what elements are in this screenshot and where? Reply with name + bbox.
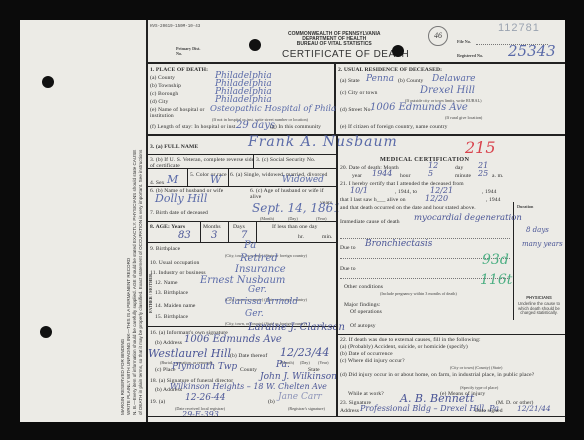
other-conditions-label: Other conditions: [344, 284, 383, 290]
industry-label: 11. Industry or business: [150, 270, 206, 276]
other-conditions-note: (Include pregnancy within 3 months of de…: [380, 291, 457, 296]
divider-color: [228, 169, 229, 186]
father-birthplace: Ger.: [248, 285, 267, 295]
binding-hole-header-left: [249, 39, 261, 51]
external-d-note: (Specify type of place): [460, 385, 498, 390]
spouse-name: Dolly Hill: [155, 192, 207, 205]
death-hour: 5: [428, 169, 433, 178]
registered-no-label: Registered No.: [457, 53, 483, 58]
primary-dist-label: Primary Dist. No.: [176, 46, 206, 56]
ssn-label: 3. (c) Social Security No.: [256, 157, 326, 163]
due-to-label-2: Due to: [340, 266, 356, 272]
rule-birth: [146, 221, 337, 222]
informant-signature: Laraine J. Clarkson: [248, 322, 345, 333]
external-b-label: (b) Date of occurrence: [340, 351, 393, 357]
immediate-cause-line1: myocardial degeneration: [414, 213, 522, 223]
funeral-address: Wilkinson Heights – 18 W. Chelten Ave: [170, 382, 327, 391]
marital-status: Widowed: [282, 175, 324, 185]
death-minute: 25: [478, 169, 488, 178]
physician-address-label: Address: [340, 408, 359, 414]
registrar-signature: Jane Carr: [278, 392, 322, 402]
mother-birthplace-label: 15. Birthplace: [155, 314, 188, 320]
burial-date-col-year: (Year): [318, 360, 329, 365]
registered-no: 25343: [508, 42, 556, 60]
divider-months: [228, 222, 229, 242]
death-hour-label: hour: [400, 173, 411, 179]
agency-block: COMMONWEALTH OF PENNSYLVANIA DEPARTMENT …: [288, 32, 381, 47]
age-years: 83: [178, 230, 191, 241]
last-saw-label: that I last saw h___ alive on: [340, 197, 406, 203]
burial-county-label: County: [240, 367, 257, 373]
rule-external: [336, 334, 565, 335]
duration-label: Duration: [517, 204, 533, 209]
informant-address-label: (b) Address: [155, 340, 182, 346]
registrar-signature-note: (Registrar's signature): [288, 406, 325, 411]
autopsy-label: Of autopsy: [350, 323, 376, 329]
mother-birthplace: Ger.: [245, 309, 264, 319]
margin-instructions: MARGIN RESERVED FOR BINDING WRITE PLAINL…: [120, 150, 144, 415]
burial-place: Westlaurel Hill: [148, 347, 231, 360]
burial-state: Pa.: [276, 360, 290, 370]
divider-1-2: [334, 62, 336, 134]
death-day-label: day: [455, 165, 463, 171]
external-d-label: (d) Did injury occur in or about home, o…: [340, 372, 540, 378]
industry: Insurance: [235, 264, 286, 275]
form-code: HVS-20619-150M-10-43: [150, 25, 200, 29]
divider-main: [336, 136, 338, 416]
res-street-note: (If rural give location): [445, 115, 482, 120]
death-year: 1944: [372, 169, 392, 178]
birthplace-label: 9. Birthplace: [150, 246, 180, 252]
certify-statement: and that death occurred on the date and …: [340, 205, 510, 211]
burial-place-township: Plymouth Twp: [172, 362, 237, 372]
burial-date-col-day: (Day): [300, 360, 310, 365]
father-name-label: 12. Name: [155, 280, 178, 286]
rule-sex: [146, 186, 337, 187]
major-findings-label: Major findings:: [344, 302, 380, 308]
attended-from: 10/1: [350, 186, 368, 195]
registrar-signature-label: (b): [268, 399, 275, 405]
res-city-label: (c) City or town: [340, 90, 378, 96]
min-label: min.: [322, 234, 333, 240]
color-race: W: [210, 173, 221, 186]
date-received: 12-26-44: [185, 393, 225, 403]
residence-heading: 2. USUAL RESIDENCE OF DECEASED:: [338, 67, 442, 73]
physicians-note-text: Underline the cause to which death shoul…: [516, 302, 562, 316]
form-bottom-rule: [146, 416, 565, 417]
date-signed: 12/21/44: [517, 404, 551, 413]
parents-side-label: FATHER / MOTHER: [148, 274, 153, 313]
mother-maiden-name: Clarissa Armold: [225, 297, 298, 307]
file-no-label: File No.: [457, 39, 471, 44]
res-county: Delaware: [432, 74, 475, 84]
date-signed-label: Date signed: [475, 408, 503, 414]
birth-date-label: 7. Birth date of deceased: [150, 210, 208, 216]
red-number: 215: [465, 138, 496, 157]
attended-to-year: , 1944: [482, 189, 497, 195]
death-ampm: a. m.: [492, 173, 504, 179]
external-a-label: (a) (Probably) Accident, suicide, or hom…: [340, 344, 468, 350]
binding-hole-header-right: [392, 45, 404, 57]
hospital-label: (e) Name of hospital or institution: [150, 107, 210, 119]
burial-date-label: (b) Date thereof: [230, 353, 267, 359]
occupation-label: 10. Usual occupation: [150, 260, 199, 266]
township-label: (b) Township: [150, 83, 181, 89]
physicians-note-title: PHYSICIANS: [516, 295, 562, 300]
foreign-country-label: (e) If citizen of foreign country, name …: [340, 124, 447, 130]
registrar-date-label: 19. (a): [150, 399, 165, 405]
stay-label: (f) Length of stay: In hospital or inst.: [150, 124, 237, 130]
county-label: (a) County: [150, 75, 175, 81]
res-city: Drexel Hill: [420, 85, 475, 96]
occupation: Retired: [240, 253, 278, 264]
city-label: (d) City: [150, 99, 168, 105]
place-of-death-heading: 1. PLACE OF DEATH:: [150, 67, 208, 73]
green-code-2: 116t: [480, 272, 512, 288]
father-birthplace-label: 13. Birthplace: [155, 290, 188, 296]
external-c-label: (c) Where did injury occur?: [340, 358, 405, 364]
birthplace: Pa: [244, 240, 256, 251]
due-to-1-duration: many years: [522, 240, 563, 248]
last-saw-date: 12/20: [425, 194, 448, 203]
physicians-note-box: PHYSICIANS Underline the cause to which …: [516, 295, 562, 316]
immediate-cause-label: Immediate cause of death: [340, 219, 400, 225]
external-c-note: (City or town) (County) (State): [450, 365, 502, 370]
death-certificate: MARGIN RESERVED FOR BINDING WRITE PLAINL…: [20, 20, 565, 422]
father-name: Ernest Nusbaum: [200, 275, 285, 286]
hospital-name: Osteopathic Hospital of Phila: [210, 104, 336, 114]
binding-hole-bottom: [40, 326, 52, 338]
sex: M: [167, 173, 178, 186]
divider-days: [256, 222, 257, 242]
rule-age: [146, 242, 337, 243]
divider-years: [200, 222, 201, 242]
cause-line-3: [340, 278, 510, 279]
death-minute-label: minute: [455, 173, 471, 179]
spouse-age-label: 6. (c) Age of husband or wife if alive: [250, 188, 336, 200]
burial-date: 12/23/44: [280, 346, 329, 359]
registrar-number: 29-E-393: [182, 410, 219, 419]
res-county-label: (b) County: [398, 78, 423, 84]
birth-date: Sept. 14, 1861: [252, 201, 341, 215]
rule-name: [146, 154, 337, 155]
certificate-title: CERTIFICATE OF DEATH: [282, 49, 409, 60]
external-heading: 22. If death was due to external causes,…: [340, 337, 481, 343]
circle-stamp: 46: [428, 26, 448, 46]
full-name-label: 3. (a) FULL NAME: [150, 144, 198, 150]
maiden-name-label: 14. Maiden name: [155, 303, 196, 309]
borough-label: (c) Borough: [150, 91, 178, 97]
res-state: Penna: [366, 74, 394, 84]
at-work-label: While at work?: [348, 391, 384, 397]
operations-label: Of operations: [350, 309, 382, 315]
rule-vet: [146, 168, 337, 169]
due-to-label-1: Due to: [340, 245, 356, 251]
medical-heading: MEDICAL CERTIFICATION: [380, 156, 469, 163]
last-saw-year: , 1944: [486, 197, 501, 203]
res-street-label: (d) Street No.: [340, 107, 372, 113]
age-less-than-day-label: If less than one day: [272, 224, 318, 230]
death-year-label: year: [352, 173, 362, 179]
res-state-label: (a) State: [340, 78, 360, 84]
green-code-1: 93d: [482, 252, 509, 268]
full-name: Frank A. Nusbaum: [248, 134, 398, 150]
attended-from-year: , 1944, to: [395, 189, 417, 195]
community-label: (g) In this community: [270, 124, 321, 130]
header-rule: [146, 62, 565, 64]
funeral-director-signature: John J. Wilkinson: [260, 372, 337, 382]
informant-address: 1006 Edmunds Ave: [184, 334, 282, 345]
divider-sex: [187, 169, 188, 186]
stamp-number: 112781: [498, 22, 540, 34]
divider-vet: [253, 155, 254, 168]
age-months: 3: [211, 230, 217, 241]
binding-hole-top: [42, 76, 54, 88]
immediate-cause-duration: 8 days: [526, 226, 549, 234]
hr-label: hr.: [298, 234, 304, 240]
due-to-cause-1: Bronchiectasis: [365, 239, 432, 249]
res-street: 1006 Edmunds Ave: [370, 102, 468, 113]
